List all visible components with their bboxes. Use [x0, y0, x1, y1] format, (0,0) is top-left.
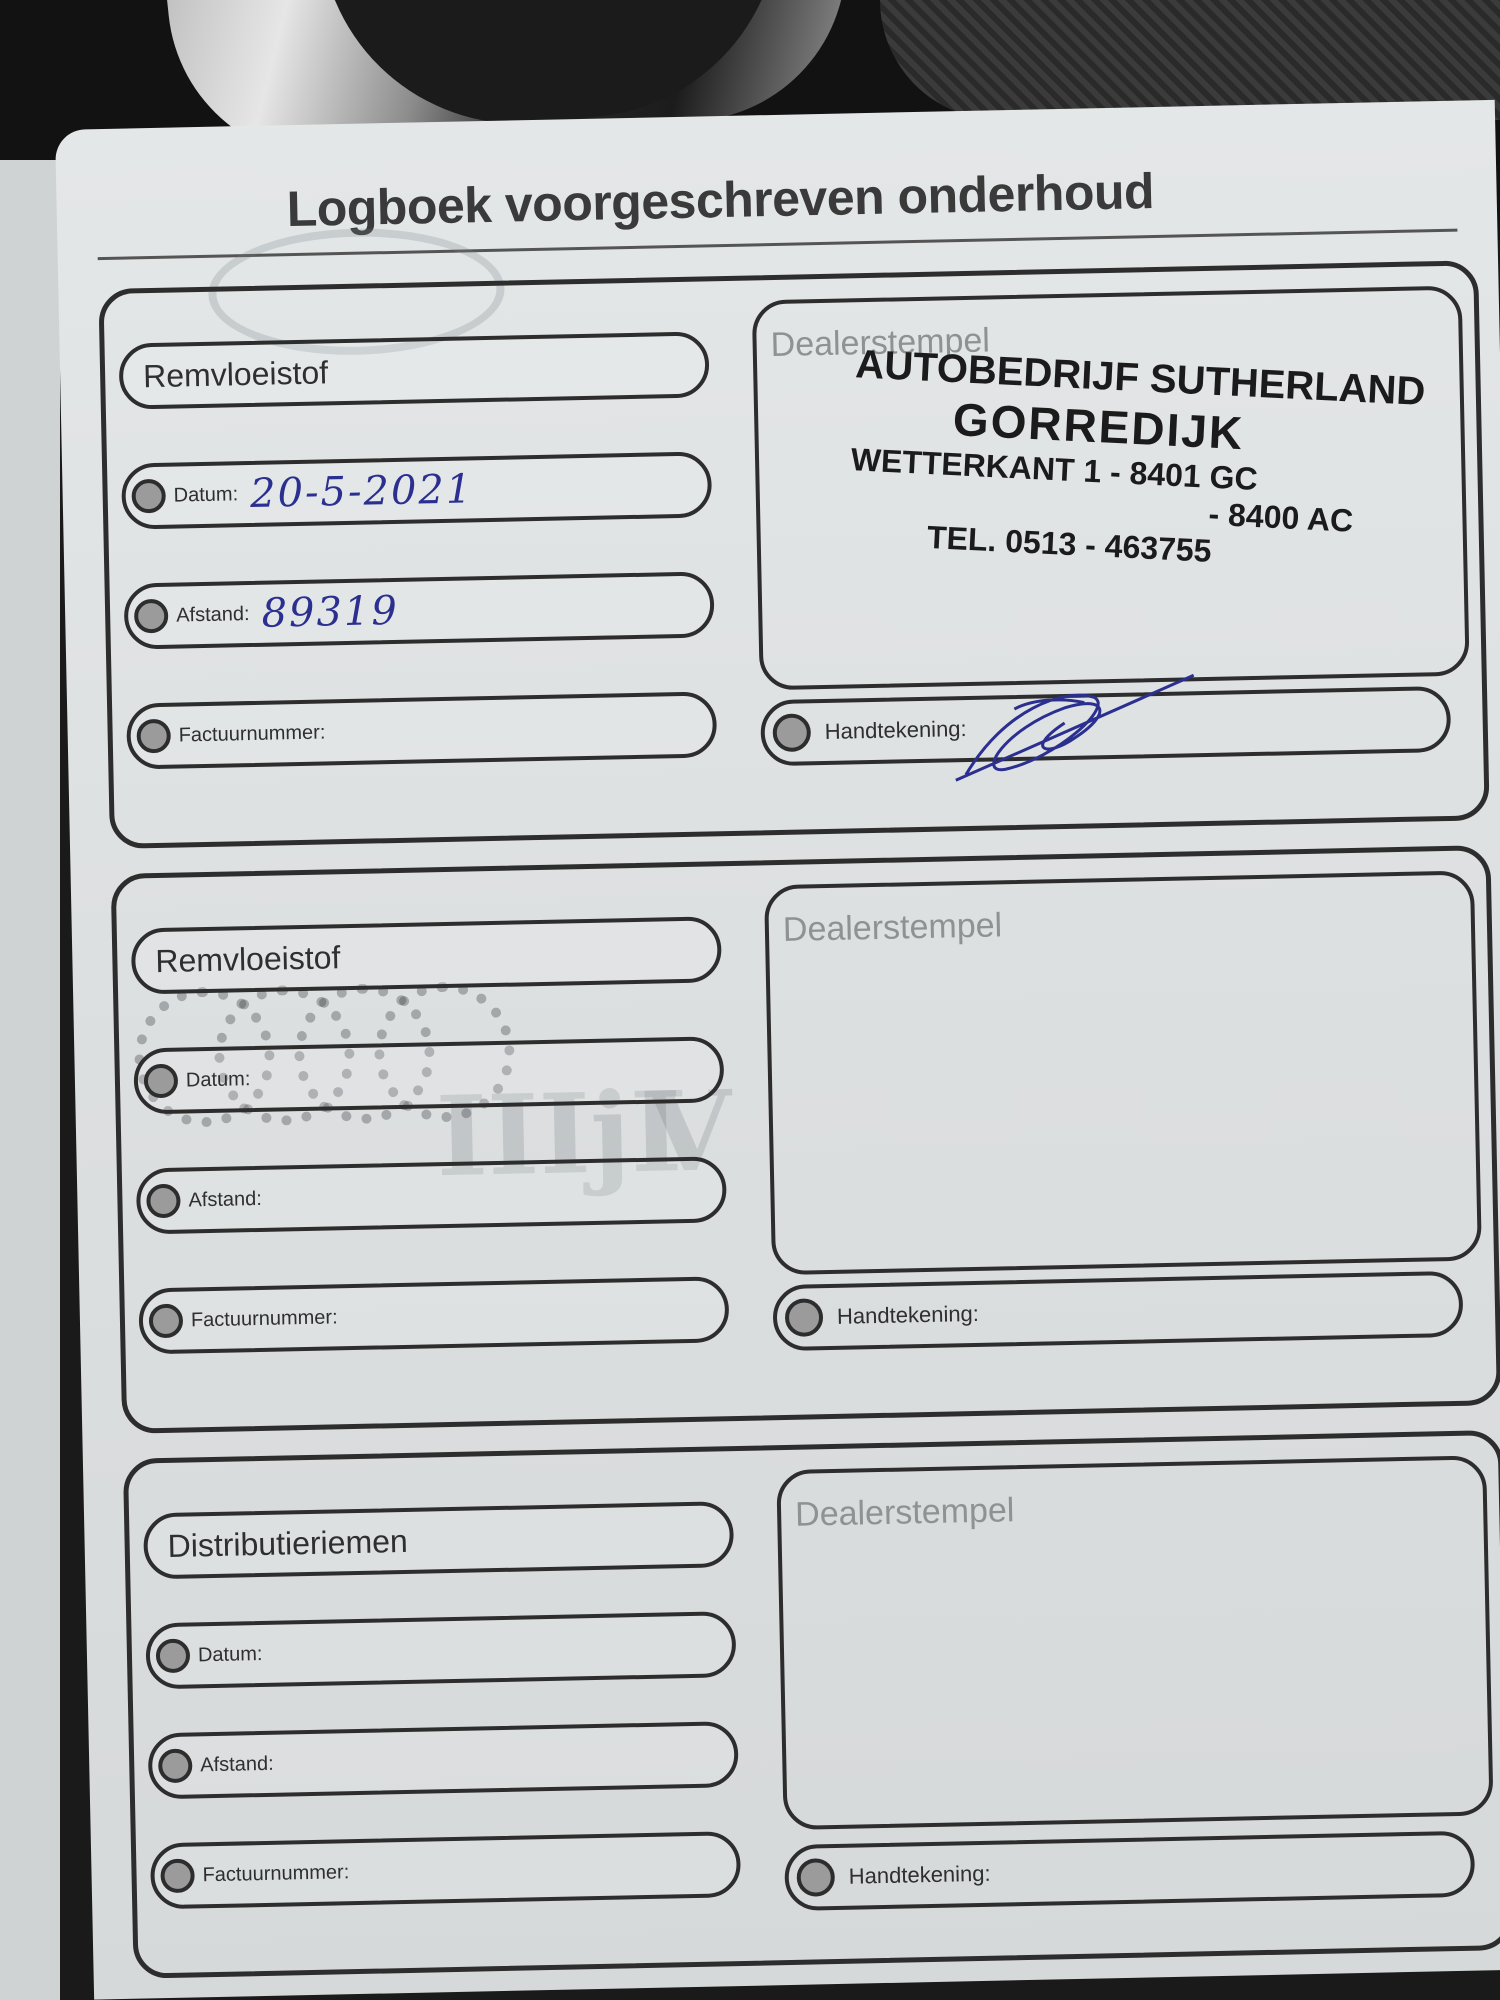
checkbox-circle-icon[interactable]	[796, 1858, 835, 1897]
distance-field[interactable]: Afstand: 89319	[124, 571, 715, 649]
checkbox-circle-icon[interactable]	[158, 1748, 193, 1783]
dealer-stamp-box[interactable]: Dealerstempel	[764, 870, 1482, 1275]
checkbox-circle-icon[interactable]	[772, 713, 811, 752]
entry-heading: Remvloeistof	[131, 916, 722, 994]
invoice-field[interactable]: Factuurnummer:	[150, 1831, 741, 1909]
checkbox-circle-icon[interactable]	[156, 1639, 191, 1674]
dealer-stamp-box[interactable]: Dealerstempel	[776, 1455, 1493, 1830]
signature-field[interactable]: Handtekening:	[760, 686, 1451, 766]
maintenance-entry-1: Remvloeistof Datum: 20-5-2021 Afstand: 8…	[98, 260, 1489, 849]
date-value: 20-5-2021	[250, 466, 474, 517]
signature-scribble	[944, 665, 1206, 790]
page-title: Logboek voorgeschreven onderhoud	[286, 162, 1154, 238]
checkbox-circle-icon[interactable]	[134, 599, 169, 634]
checkbox-circle-icon[interactable]	[131, 479, 166, 514]
checkbox-circle-icon[interactable]	[785, 1298, 824, 1337]
checkbox-circle-icon[interactable]	[136, 719, 171, 754]
entry-heading: Distributieriemen	[143, 1501, 734, 1579]
distance-field[interactable]: Afstand:	[136, 1156, 727, 1234]
background-left-page	[0, 160, 60, 2000]
date-field[interactable]: Datum: 20-5-2021	[121, 451, 712, 529]
dealer-stamp-box[interactable]: Dealerstempel AUTOBEDRIJF SUTHERLAND GOR…	[752, 286, 1470, 691]
distance-field[interactable]: Afstand:	[148, 1721, 739, 1799]
dealer-stamp: AUTOBEDRIJF SUTHERLAND GORREDIJK WETTERK…	[846, 342, 1456, 581]
date-field[interactable]: Datum:	[133, 1036, 724, 1114]
date-field[interactable]: Datum:	[145, 1611, 736, 1689]
entry-heading: Remvloeistof	[118, 331, 709, 409]
checkbox-circle-icon[interactable]	[144, 1064, 179, 1099]
checkbox-circle-icon[interactable]	[160, 1858, 195, 1893]
maintenance-entry-3: Distributieriemen Datum: Afstand: Factuu…	[123, 1430, 1500, 1979]
signature-field[interactable]: Handtekening:	[772, 1271, 1463, 1351]
checkbox-circle-icon[interactable]	[149, 1304, 184, 1339]
signature-field[interactable]: Handtekening:	[784, 1831, 1475, 1911]
checkbox-circle-icon[interactable]	[146, 1184, 181, 1219]
maintenance-entry-2: Remvloeistof Datum: Afstand: Factuurnumm…	[111, 845, 1500, 1434]
logbook-page: Logboek voorgeschreven onderhoud IIIjI V…	[55, 100, 1500, 2000]
invoice-field[interactable]: Factuurnummer:	[138, 1276, 729, 1354]
invoice-field[interactable]: Factuurnummer:	[126, 691, 717, 769]
distance-value: 89319	[261, 588, 399, 637]
